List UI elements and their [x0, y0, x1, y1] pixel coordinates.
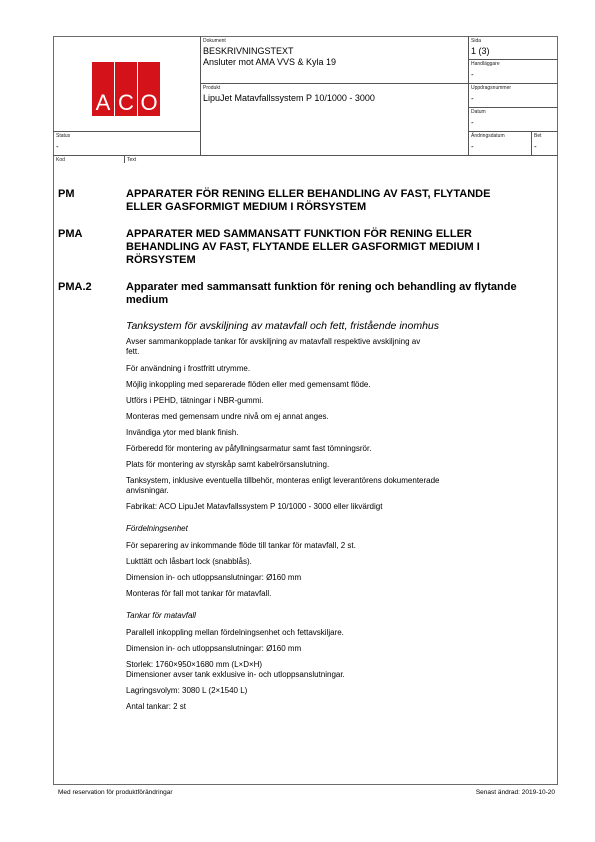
divider — [200, 36, 201, 155]
paragraph: Fabrikat: ACO LipuJet Matavfallssystem P… — [126, 502, 506, 512]
produkt-label: Produkt — [203, 85, 220, 91]
tankar-line: Dimensioner avser tank exklusive in- och… — [126, 670, 506, 680]
tankar-line: Dimension in- och utloppsanslutningar: Ø… — [126, 644, 506, 654]
datum-value: - — [471, 118, 474, 128]
sida-value: 1 (3) — [471, 46, 490, 57]
dokument-line1: BESKRIVNINGSTEXT — [203, 46, 294, 57]
divider — [468, 131, 558, 132]
aco-logo: A C O — [92, 62, 160, 116]
section-title: APPARATER MED SAMMANSATT FUNKTION FÖR RE… — [126, 228, 526, 267]
footer-last-modified: Senast ändrad: 2019-10-20 — [476, 789, 555, 797]
section-code: PM — [58, 188, 75, 201]
dokument-label: Dokument — [203, 38, 226, 44]
fordelning-line: Lukttätt och låsbart lock (snabblås). — [126, 557, 506, 567]
text-column-label: Text — [127, 157, 136, 163]
paragraph: Invändiga ytor med blank finish. — [126, 428, 506, 438]
andringsdatum-value: - — [471, 142, 474, 152]
uppdragsnummer-value: - — [471, 94, 474, 104]
handlaggare-label: Handläggare — [471, 61, 500, 67]
paragraph: Förberedd för montering av påfyllningsar… — [126, 444, 506, 454]
divider — [53, 155, 558, 156]
divider — [200, 83, 558, 84]
tankar-heading: Tankar för matavfall — [126, 611, 196, 621]
logo-letter: C — [115, 92, 137, 114]
divider — [531, 131, 532, 155]
section-code: PMA — [58, 228, 82, 241]
product-subtitle: Tanksystem för avskiljning av matavfall … — [126, 320, 439, 333]
section-title: Apparater med sammansatt funktion för re… — [126, 281, 526, 307]
paragraph: Plats för montering av styrskåp samt kab… — [126, 460, 506, 470]
fordelning-heading: Fördelningsenhet — [126, 524, 188, 534]
footer-disclaimer: Med reservation för produktförändringar — [58, 789, 173, 797]
logo-letter: A — [92, 92, 114, 114]
paragraph: Avser sammankopplade tankar för avskiljn… — [126, 337, 426, 357]
divider — [124, 155, 125, 163]
tankar-line: Storlek: 1760×950×1680 mm (L×D×H) — [126, 660, 506, 670]
produkt-value: LipuJet Matavfallssystem P 10/1000 - 300… — [203, 93, 375, 104]
logo-letter: O — [138, 92, 160, 114]
paragraph: Tanksystem, inklusive eventuella tillbeh… — [126, 476, 446, 496]
datum-label: Datum — [471, 109, 486, 115]
status-label: Status — [56, 133, 70, 139]
andringsdatum-label: Ändringsdatum — [471, 133, 505, 139]
divider — [53, 131, 200, 132]
paragraph: Möjlig inkoppling med separerade flöden … — [126, 380, 506, 390]
sida-label: Sida — [471, 38, 481, 44]
paragraph: Monteras med gemensam undre nivå om ej a… — [126, 412, 506, 422]
uppdragsnummer-label: Uppdragsnummer — [471, 85, 511, 91]
section-code: PMA.2 — [58, 281, 92, 294]
section-title: APPARATER FÖR RENING ELLER BEHANDLING AV… — [126, 188, 526, 214]
status-value: - — [56, 142, 59, 152]
fordelning-line: Monteras för fall mot tankar för matavfa… — [126, 589, 506, 599]
tankar-line: Antal tankar: 2 st — [126, 702, 506, 712]
kod-column-label: Kod — [56, 157, 65, 163]
tankar-line: Parallell inkoppling mellan fördelningse… — [126, 628, 506, 638]
handlaggare-value: - — [471, 70, 474, 80]
bet-value: - — [534, 142, 537, 152]
paragraph: För användning i frostfritt utrymme. — [126, 364, 506, 374]
tankar-line: Lagringsvolym: 3080 L (2×1540 L) — [126, 686, 506, 696]
bet-label: Bet — [534, 133, 542, 139]
dokument-line2: Ansluter mot AMA VVS & Kyla 19 — [203, 57, 336, 68]
fordelning-line: Dimension in- och utloppsanslutningar: Ø… — [126, 573, 506, 583]
fordelning-line: För separering av inkommande flöde till … — [126, 541, 506, 551]
divider — [468, 59, 558, 60]
divider — [468, 36, 469, 155]
divider — [468, 107, 558, 108]
paragraph: Utförs i PEHD, tätningar i NBR-gummi. — [126, 396, 506, 406]
